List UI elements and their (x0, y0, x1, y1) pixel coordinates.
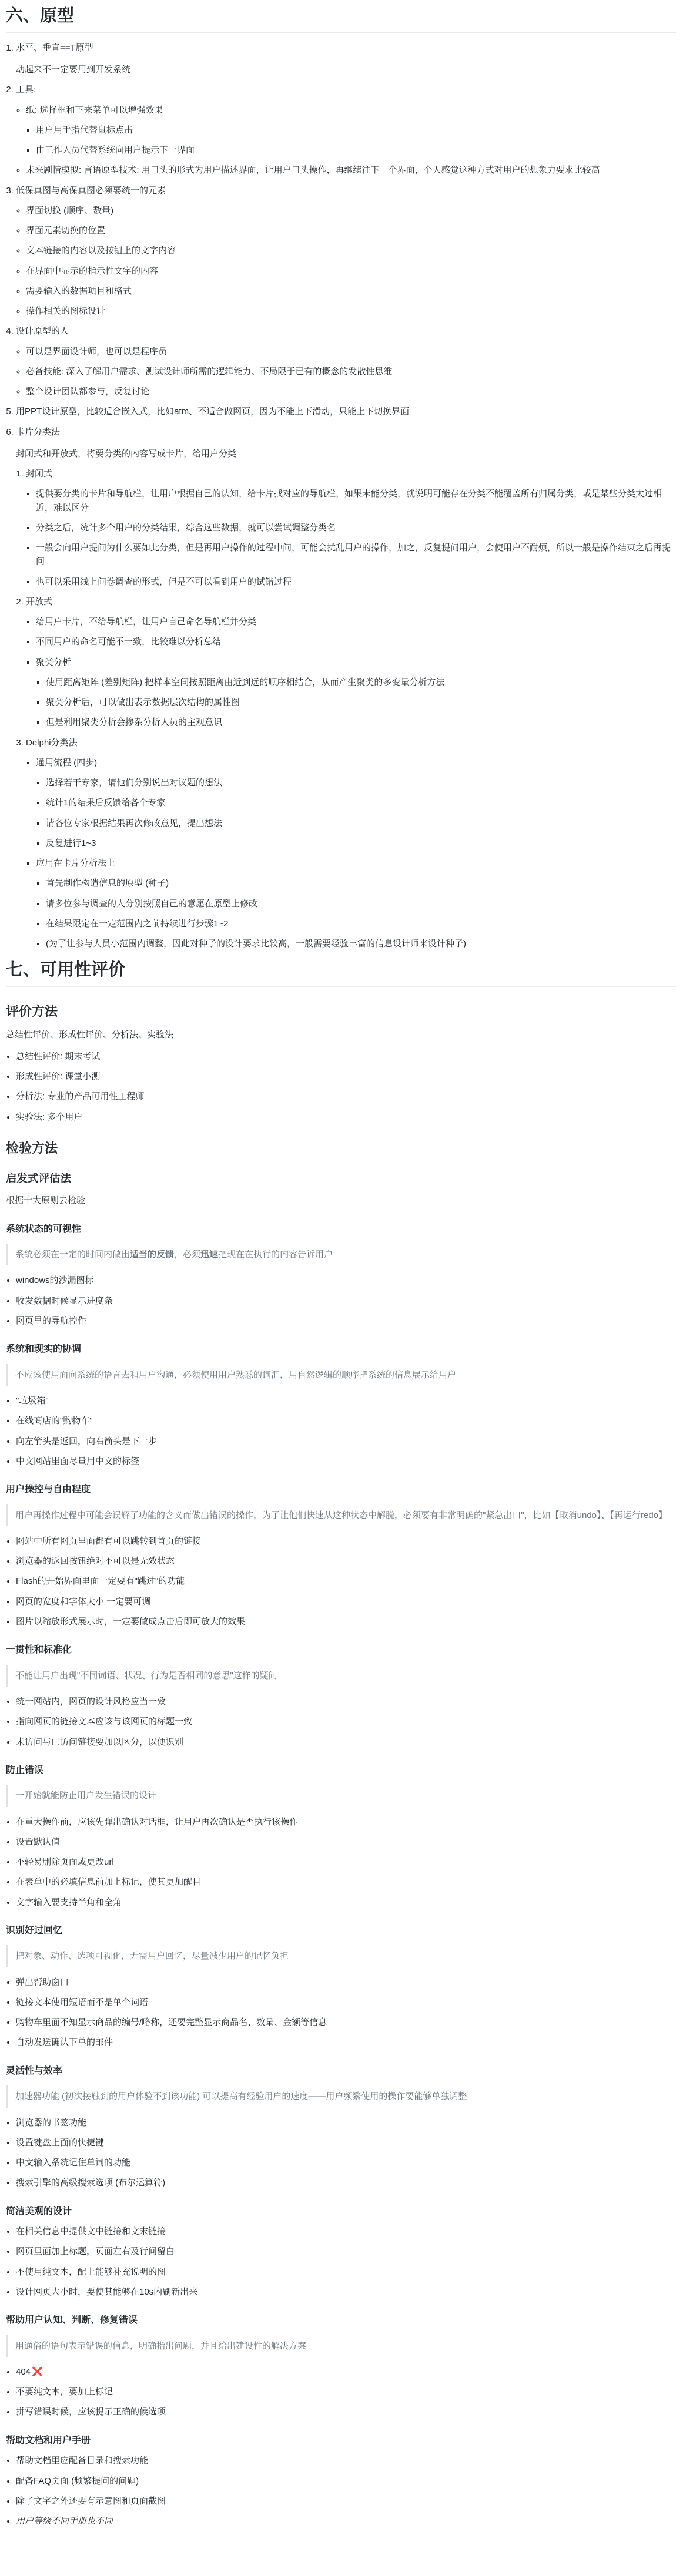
list-item: 指向网页的链接文本应该与该网页的标题一致 (16, 1715, 676, 1728)
principle-title: 灵活性与效率 (6, 2065, 676, 2078)
list-item-text: 在界面中显示的指示性文字的内容 (26, 264, 676, 278)
list-item-text: 统计1的结果后反馈给各个专家 (46, 796, 676, 810)
list-item: 卡片分类法封闭式和开放式，将要分类的内容写成卡片，给用户分类封闭式提供要分类的卡… (16, 425, 676, 951)
principle-quote-text: 用户再操作过程中可能会误解了功能的含义而做出错误的操作，为了让他们快速从这种状态… (15, 1509, 669, 1522)
principle-system-status-visibility: 系统状态的可视性 系统必须在一定的时间内做出适当的反馈，必须迅速把现在在执行的内… (6, 1223, 676, 1328)
markdown-document: 六、原型 水平、垂直==T原型动起来不一定要用到开发系统工具:纸: 选择框和下来… (0, 0, 683, 2576)
list-item-text: 网页的宽度和字体大小 一定要可调 (16, 1595, 676, 1608)
list-item-text: 在表单中的必填信息前加上标记，使其更加醒目 (16, 1875, 676, 1889)
list-item-text: 不使用纯文本，配上能够补充说明的图 (16, 2265, 676, 2279)
list-item-text: Delphi分类法 (26, 736, 676, 750)
list-item: 设计网页大小时，要使其能够在10s内刷新出来 (16, 2285, 676, 2299)
principle-title: 系统和现实的协调 (6, 1343, 676, 1356)
list-item: 开放式给用户卡片，不给导航栏，让用户自己命名导航栏并分类不同用户的命名可能不一致… (26, 595, 676, 730)
list-item: 也可以采用线上问卷调查的形式，但是不可以看到用户的试错过程 (36, 575, 676, 589)
list-item: 实验法: 多个用户 (16, 1110, 676, 1124)
section-usability-title: 七、可用性评价 (6, 960, 676, 987)
list-item: 帮助文档里应配备目录和搜索功能 (16, 2454, 676, 2467)
list-item: 总结性评价: 期末考试 (16, 1050, 676, 1063)
principle-aesthetic-minimalist-design: 简洁美观的设计 在相关信息中提供文中链接和文末链接网页里面加上标题，页面左右及行… (6, 2205, 676, 2299)
list-item-text: 配备FAQ页面 (频繁提问的问题) (16, 2474, 676, 2488)
list-item: 文本链接的内容以及按钮上的文字内容 (26, 244, 676, 257)
list-item-text: 浏览器的书签功能 (16, 2116, 676, 2130)
list-item-text: 可以是界面设计师，也可以是程序员 (26, 345, 676, 358)
list-item: 聚类分析使用距离矩阵 (差别矩阵) 把样本空间按照距离由近到远的顺序相结合，从而… (36, 656, 676, 730)
list-item: 界面切换 (顺序、数量) (26, 204, 676, 217)
list-item-text: 除了文字之外还要有示意图和页面截图 (16, 2494, 676, 2508)
section-usability-evaluation: 七、可用性评价 评价方法 总结性评价、形成性评价、分析法、实验法 总结性评价: … (6, 960, 676, 2528)
list-item-text: 不同用户的命名可能不一致，比较难以分析总结 (36, 635, 676, 649)
list-item-text: 反复进行1~3 (46, 837, 676, 850)
list-item-text: 网页里面加上标题，页面左右及行间留白 (16, 2245, 676, 2258)
list-item: 链接文本使用短语而不是单个词语 (16, 1996, 676, 2009)
list-item: 未来剧情模拟: 言语原型技术: 用口头的形式为用户描述界面，让用户口头操作，再继… (26, 163, 676, 177)
list-item-text: 在结果限定在一定范围内之前持续进行步骤1~2 (46, 917, 676, 931)
list-item-text: 低保真图与高保真图必须要统一的元素 (16, 184, 676, 197)
list-item-text: 用户等级不同手册也不同 (16, 2514, 676, 2528)
quote-bold-segment: 迅速 (200, 1250, 218, 1260)
list-item-text: 设计原型的人 (16, 324, 676, 338)
list-item-text: 需要输入的数据项目和格式 (26, 284, 676, 298)
check-methods-title: 检验方法 (6, 1140, 676, 1157)
list-item: 浏览器的书签功能 (16, 2116, 676, 2130)
list-item: "垃圾箱" (16, 1394, 676, 1408)
principle-examples: 帮助文档里应配备目录和搜索功能配备FAQ页面 (频繁提问的问题)除了文字之外还要… (6, 2454, 676, 2528)
list-item: windows的沙漏图标 (16, 1274, 676, 1287)
list-item: 设计原型的人可以是界面设计师，也可以是程序员必备技能: 深入了解用户需求、测试设… (16, 324, 676, 398)
principle-quote: 用户再操作过程中可能会误解了功能的含义而做出错误的操作，为了让他们快速从这种状态… (6, 1504, 676, 1526)
principle-examples: windows的沙漏图标收发数据时候显示进度条网页里的导航控件 (6, 1274, 676, 1328)
section-prototype-title: 六、原型 (6, 6, 676, 33)
list-item: 向左箭头是返回，向右箭头是下一步 (16, 1435, 676, 1448)
list-item: 反复进行1~3 (46, 837, 676, 850)
list-item-text: 用PPT设计原型，比较适合嵌入式，比如atm、不适合做网页，因为不能上下滑动，只… (16, 405, 676, 418)
list-item-text: 请各位专家根据结果再次修改意见，提出想法 (46, 817, 676, 830)
nested-list: 使用距离矩阵 (差别矩阵) 把样本空间按照距离由近到远的顺序相结合，从而产生聚类… (36, 676, 676, 730)
principle-title: 简洁美观的设计 (6, 2205, 676, 2218)
list-item: 收发数据时候显示进度条 (16, 1294, 676, 1308)
list-item-text: 总结性评价: 期末考试 (16, 1050, 676, 1063)
list-item: Delphi分类法通用流程 (四步)选择若干专家，请他们分别说出对议题的想法统计… (26, 736, 676, 951)
list-item: 中文输入系统记住单词的功能 (16, 2156, 676, 2169)
principle-title: 防止错误 (6, 1764, 676, 1777)
list-item: (为了让参与人员小范围内调整，因此对种子的设计要求比较高，一般需要经验丰富的信息… (46, 937, 676, 951)
list-item-text: 整个设计团队都参与，反复讨论 (26, 385, 676, 398)
list-item: 在界面中显示的指示性文字的内容 (26, 264, 676, 278)
list-item: 用户用手指代替鼠标点击 (36, 123, 676, 137)
principle-title: 系统状态的可视性 (6, 1223, 676, 1236)
nested-list: 选择若干专家，请他们分别说出对议题的想法统计1的结果后反馈给各个专家请各位专家根… (36, 776, 676, 850)
list-item-text: 404❌ (16, 2365, 676, 2379)
principle-title: 一贯性和标准化 (6, 1644, 676, 1657)
list-item: 文字输入要支持半角和全角 (16, 1896, 676, 1909)
principle-quote-text: 用通俗的语句表示错误的信息，明确指出问题，并且给出建设性的解决方案 (15, 2339, 669, 2353)
list-item-text: 帮助文档里应配备目录和搜索功能 (16, 2454, 676, 2467)
list-item-text: 文本链接的内容以及按钮上的文字内容 (26, 244, 676, 257)
principle-quote: 加速器功能 (初次接触到的用户体验不到该功能) 可以提高有经验用户的速度——用户… (6, 2085, 676, 2107)
quote-segment: 系统必须在一定的时间内做出 (15, 1250, 130, 1260)
principle-title: 用户操控与自由程度 (6, 1483, 676, 1496)
list-item: 除了文字之外还要有示意图和页面截图 (16, 2494, 676, 2508)
quote-segment: ，必须 (174, 1250, 200, 1260)
list-item: 由工作人员代替系统向用户提示下一界面 (36, 143, 676, 157)
list-item: 图片以缩放形式展示时，一定要做成点击后即可放大的效果 (16, 1615, 676, 1628)
list-item-text: 搜索引擎的高级搜索选项 (布尔运算符) (16, 2176, 676, 2189)
principle-quote: 不能让用户出现"不同词语、状况、行为是否相同的意思"这样的疑问 (6, 1665, 676, 1687)
principle-quote: 一开始就能防止用户发生错误的设计 (6, 1785, 676, 1806)
list-item-text: 形成性评价: 课堂小测 (16, 1070, 676, 1083)
nested-list: 通用流程 (四步)选择若干专家，请他们分别说出对议题的想法统计1的结果后反馈给各… (26, 756, 676, 951)
list-item-text: 统一网站内，网页的设计风格应当一致 (16, 1695, 676, 1708)
principle-quote: 系统必须在一定的时间内做出适当的反馈，必须迅速把现在在执行的内容告诉用户 (6, 1244, 676, 1265)
principle-examples: 浏览器的书签功能设置键盘上面的快捷键中文输入系统记住单词的功能搜索引擎的高级搜索… (6, 2116, 676, 2190)
list-item-text: 选择若干专家，请他们分别说出对议题的想法 (46, 776, 676, 790)
list-item-text: 图片以缩放形式展示时，一定要做成点击后即可放大的效果 (16, 1615, 676, 1628)
list-item-text: 界面切换 (顺序、数量) (26, 204, 676, 217)
list-item: 用户等级不同手册也不同 (16, 2514, 676, 2528)
list-item-text: 纸: 选择框和下来菜单可以增强效果 (26, 103, 676, 117)
list-item: 在结果限定在一定范围内之前持续进行步骤1~2 (46, 917, 676, 931)
principle-title: 帮助文档和用户手册 (6, 2434, 676, 2447)
quote-bold-segment: 适当的反馈 (130, 1250, 174, 1260)
list-item-text: 一般会向用户提问为什么要如此分类，但是再用户操作的过程中问，可能会扰乱用户的操作… (36, 541, 676, 569)
list-item: 网站中所有网页里面都有可以跳转到首页的链接 (16, 1534, 676, 1548)
list-item-text: 请多位参与调查的人分别按照自己的意愿在原型上修改 (46, 897, 676, 911)
list-item: 搜索引擎的高级搜索选项 (布尔运算符) (16, 2176, 676, 2189)
list-item: Flash的开始界面里面一定要有"跳过"的功能 (16, 1574, 676, 1588)
principle-quote-text: 加速器功能 (初次接触到的用户体验不到该功能) 可以提高有经验用户的速度——用户… (15, 2090, 669, 2103)
list-item: 界面元素切换的位置 (26, 224, 676, 237)
principle-flexibility-efficiency: 灵活性与效率 加速器功能 (初次接触到的用户体验不到该功能) 可以提高有经验用户… (6, 2065, 676, 2190)
list-item-text: 界面元素切换的位置 (26, 224, 676, 237)
evaluation-methods-summary: 总结性评价、形成性评价、分析法、实验法 (6, 1028, 676, 1042)
principle-quote: 用通俗的语句表示错误的信息，明确指出问题，并且给出建设性的解决方案 (6, 2335, 676, 2357)
list-item: 拼写错误时候，应该提示正确的候选项 (16, 2405, 676, 2419)
list-item: 网页里面加上标题，页面左右及行间留白 (16, 2245, 676, 2258)
principle-quote: 不应该使用面向系统的语言去和用户沟通，必须使用用户熟悉的词汇，用自然逻辑的顺序把… (6, 1364, 676, 1386)
list-item-text: 聚类分析 (36, 656, 676, 669)
evaluation-methods-list: 总结性评价: 期末考试形成性评价: 课堂小测分析法: 专业的产品可用性工程师实验… (6, 1050, 676, 1124)
list-item-text: windows的沙漏图标 (16, 1274, 676, 1287)
list-item-text: 收发数据时候显示进度条 (16, 1294, 676, 1308)
list-item-text: 实验法: 多个用户 (16, 1110, 676, 1124)
list-item: 分析法: 专业的产品可用性工程师 (16, 1090, 676, 1103)
evaluation-methods-title: 评价方法 (6, 1003, 676, 1020)
list-item-text: 应用在卡片分析法上 (36, 857, 676, 870)
list-item: 404❌ (16, 2365, 676, 2379)
list-item-text: 设计网页大小时，要使其能够在10s内刷新出来 (16, 2285, 676, 2299)
list-item-note: 动起来不一定要用到开发系统 (16, 63, 676, 76)
list-item-text: 不要纯文本，要加上标记 (16, 2385, 676, 2399)
list-item: 弹出帮助窗口 (16, 1976, 676, 1989)
list-item-text: 文字输入要支持半角和全角 (16, 1896, 676, 1909)
list-item: 选择若干专家，请他们分别说出对议题的想法 (46, 776, 676, 790)
list-item-text: 拼写错误时候，应该提示正确的候选项 (16, 2405, 676, 2419)
principle-help-documentation: 帮助文档和用户手册 帮助文档里应配备目录和搜索功能配备FAQ页面 (频繁提问的问… (6, 2434, 676, 2528)
list-item-text: 网页里的导航控件 (16, 1314, 676, 1328)
list-item-text: Flash的开始界面里面一定要有"跳过"的功能 (16, 1574, 676, 1588)
list-item: 中文网站里面尽量用中文的标签 (16, 1455, 676, 1468)
list-item: 首先制作构造信息的原型 (种子) (46, 876, 676, 890)
list-item-text: 未来剧情模拟: 言语原型技术: 用口头的形式为用户描述界面，让用户口头操作，再继… (26, 163, 676, 177)
nested-list: 给用户卡片，不给导航栏，让用户自己命名导航栏并分类不同用户的命名可能不一致，比较… (26, 615, 676, 730)
quote-segment: 把现在在执行的内容告诉用户 (218, 1250, 333, 1260)
heuristic-evaluation-intro: 根据十大原则去检验 (6, 1194, 676, 1207)
list-item-text: 自动发送确认下单的邮件 (16, 2036, 676, 2049)
list-item-text: 也可以采用线上问卷调查的形式，但是不可以看到用户的试错过程 (36, 575, 676, 589)
list-item-text: 弹出帮助窗口 (16, 1976, 676, 1989)
list-item-text: 分析法: 专业的产品可用性工程师 (16, 1090, 676, 1103)
list-item: 设置键盘上面的快捷键 (16, 2136, 676, 2150)
list-item-text: 在重大操作前，应该先弹出确认对话框，让用户再次确认是否执行该操作 (16, 1815, 676, 1829)
section-prototype: 六、原型 水平、垂直==T原型动起来不一定要用到开发系统工具:纸: 选择框和下来… (6, 6, 676, 951)
principle-consistency-standards: 一贯性和标准化 不能让用户出现"不同词语、状况、行为是否相同的意思"这样的疑问 … (6, 1644, 676, 1749)
list-item-text: 浏览器的返回按钮绝对不可以是无效状态 (16, 1554, 676, 1568)
principle-system-real-world-match: 系统和现实的协调 不应该使用面向系统的语言去和用户沟通，必须使用用户熟悉的词汇，… (6, 1343, 676, 1468)
nested-list: 界面切换 (顺序、数量)界面元素切换的位置文本链接的内容以及按钮上的文字内容在界… (16, 204, 676, 318)
list-item: 需要输入的数据项目和格式 (26, 284, 676, 298)
list-item: 请各位专家根据结果再次修改意见，提出想法 (46, 817, 676, 830)
nested-list: 封闭式提供要分类的卡片和导航栏，让用户根据自己的认知，给卡片找对应的导航栏，如果… (16, 467, 676, 951)
list-item: 给用户卡片，不给导航栏，让用户自己命名导航栏并分类 (36, 615, 676, 629)
principle-quote-text: 把对象、动作、选项可视化，无需用户回忆，尽量减少用户的记忆负担 (15, 1949, 669, 1963)
principle-error-prevention: 防止错误 一开始就能防止用户发生错误的设计 在重大操作前，应该先弹出确认对话框，… (6, 1764, 676, 1909)
principle-examples: 在重大操作前，应该先弹出确认对话框，让用户再次确认是否执行该操作设置默认值不轻易… (6, 1815, 676, 1909)
list-item-text: 用户用手指代替鼠标点击 (36, 123, 676, 137)
list-item: 请多位参与调查的人分别按照自己的意愿在原型上修改 (46, 897, 676, 911)
principle-user-control-freedom: 用户操控与自由程度 用户再操作过程中可能会误解了功能的含义而做出错误的操作，为了… (6, 1483, 676, 1628)
list-item: 但是利用聚类分析会掺杂分析人员的主观意识 (46, 716, 676, 729)
list-item: 统计1的结果后反馈给各个专家 (46, 796, 676, 810)
principle-help-users-recognize-errors: 帮助用户认知、判断、修复错误 用通俗的语句表示错误的信息，明确指出问题，并且给出… (6, 2314, 676, 2419)
list-item-text: 通用流程 (四步) (36, 756, 676, 770)
list-item-text: 卡片分类法 (16, 425, 676, 439)
list-item: 聚类分析后，可以做出表示数据层次结构的属性图 (46, 696, 676, 709)
principle-quote-text: 系统必须在一定的时间内做出适当的反馈，必须迅速把现在在执行的内容告诉用户 (15, 1248, 669, 1261)
principle-examples: 404❌不要纯文本，要加上标记拼写错误时候，应该提示正确的候选项 (6, 2365, 676, 2419)
list-item: 用PPT设计原型，比较适合嵌入式，比如atm、不适合做网页，因为不能上下滑动，只… (16, 405, 676, 418)
principle-quote-text: 不应该使用面向系统的语言去和用户沟通，必须使用用户熟悉的词汇，用自然逻辑的顺序把… (15, 1368, 669, 1382)
prototype-list: 水平、垂直==T原型动起来不一定要用到开发系统工具:纸: 选择框和下来菜单可以增… (6, 41, 676, 951)
list-item-text: 提供要分类的卡片和导航栏，让用户根据自己的认知，给卡片找对应的导航栏，如果未能分… (36, 487, 676, 515)
list-item: 操作相关的图标设计 (26, 304, 676, 318)
list-item-text: 但是利用聚类分析会掺杂分析人员的主观意识 (46, 716, 676, 729)
list-item-text: 网站中所有网页里面都有可以跳转到首页的链接 (16, 1534, 676, 1548)
list-item-text: 必备技能: 深入了解用户需求、测试设计师所需的逻辑能力、不局限于已有的概念的发散… (26, 365, 676, 378)
list-item: 提供要分类的卡片和导航栏，让用户根据自己的认知，给卡片找对应的导航栏，如果未能分… (36, 487, 676, 515)
list-item: 自动发送确认下单的邮件 (16, 2036, 676, 2049)
list-item: 纸: 选择框和下来菜单可以增强效果用户用手指代替鼠标点击由工作人员代替系统向用户… (26, 103, 676, 157)
list-item: 应用在卡片分析法上首先制作构造信息的原型 (种子)请多位参与调查的人分别按照自己… (36, 857, 676, 951)
list-item: 通用流程 (四步)选择若干专家，请他们分别说出对议题的想法统计1的结果后反馈给各… (36, 756, 676, 850)
list-item-text: 由工作人员代替系统向用户提示下一界面 (36, 143, 676, 157)
list-item: 不要纯文本，要加上标记 (16, 2385, 676, 2399)
principle-examples: "垃圾箱"在线商店的"购物车"向左箭头是返回，向右箭头是下一步中文网站里面尽量用… (6, 1394, 676, 1468)
list-item: 设置默认值 (16, 1835, 676, 1849)
list-item-text: 中文输入系统记住单词的功能 (16, 2156, 676, 2169)
list-item-text: 使用距离矩阵 (差别矩阵) 把样本空间按照距离由近到远的顺序相结合，从而产生聚类… (46, 676, 676, 689)
list-item: 网页里的导航控件 (16, 1314, 676, 1328)
list-item: 工具:纸: 选择框和下来菜单可以增强效果用户用手指代替鼠标点击由工作人员代替系统… (16, 83, 676, 177)
list-item-text: 指向网页的链接文本应该与该网页的标题一致 (16, 1715, 676, 1728)
principle-title: 帮助用户认知、判断、修复错误 (6, 2314, 676, 2327)
list-item-text: 中文网站里面尽量用中文的标签 (16, 1455, 676, 1468)
list-item: 低保真图与高保真图必须要统一的元素界面切换 (顺序、数量)界面元素切换的位置文本… (16, 184, 676, 318)
list-item-text: 给用户卡片，不给导航栏，让用户自己命名导航栏并分类 (36, 615, 676, 629)
list-item-text: 链接文本使用短语而不是单个词语 (16, 1996, 676, 2009)
error-cross-icon: ❌ (32, 2367, 43, 2377)
list-item: 使用距离矩阵 (差别矩阵) 把样本空间按照距离由近到远的顺序相结合，从而产生聚类… (46, 676, 676, 689)
list-item: 在表单中的必填信息前加上标记，使其更加醒目 (16, 1875, 676, 1889)
principle-examples: 在相关信息中提供文中链接和文末链接网页里面加上标题，页面左右及行间留白不使用纯文… (6, 2225, 676, 2299)
list-item: 水平、垂直==T原型动起来不一定要用到开发系统 (16, 41, 676, 77)
list-item: 可以是界面设计师，也可以是程序员 (26, 345, 676, 358)
list-item-text: 设置键盘上面的快捷键 (16, 2136, 676, 2150)
list-item-text: 未访问与已访问链接要加以区分，以便识别 (16, 1735, 676, 1749)
list-item-text: 封闭式 (26, 467, 676, 481)
nested-list: 可以是界面设计师，也可以是程序员必备技能: 深入了解用户需求、测试设计师所需的逻… (16, 345, 676, 399)
nested-list: 纸: 选择框和下来菜单可以增强效果用户用手指代替鼠标点击由工作人员代替系统向用户… (16, 103, 676, 177)
list-item-text: 聚类分析后，可以做出表示数据层次结构的属性图 (46, 696, 676, 709)
list-item-text: 分类之后，统计多个用户的分类结果，综合这些数据，就可以尝试调整分类名 (36, 521, 676, 535)
nested-list: 用户用手指代替鼠标点击由工作人员代替系统向用户提示下一界面 (26, 123, 676, 157)
principle-quote-text: 不能让用户出现"不同词语、状况、行为是否相同的意思"这样的疑问 (15, 1669, 669, 1682)
principle-title: 识别好过回忆 (6, 1925, 676, 1937)
list-item: 必备技能: 深入了解用户需求、测试设计师所需的逻辑能力、不局限于已有的概念的发散… (26, 365, 676, 378)
list-item: 浏览器的返回按钮绝对不可以是无效状态 (16, 1554, 676, 1568)
list-item: 统一网站内，网页的设计风格应当一致 (16, 1695, 676, 1708)
list-item: 不同用户的命名可能不一致，比较难以分析总结 (36, 635, 676, 649)
list-item: 不使用纯文本，配上能够补充说明的图 (16, 2265, 676, 2279)
list-item: 一般会向用户提问为什么要如此分类，但是再用户操作的过程中问，可能会扰乱用户的操作… (36, 541, 676, 569)
list-item-text: 水平、垂直==T原型 (16, 41, 676, 55)
principle-quote: 把对象、动作、选项可视化，无需用户回忆，尽量减少用户的记忆负担 (6, 1945, 676, 1967)
list-item: 在相关信息中提供文中链接和文末链接 (16, 2225, 676, 2238)
list-item-text: 开放式 (26, 595, 676, 609)
list-item: 在线商店的"购物车" (16, 1414, 676, 1428)
list-item-text: (为了让参与人员小范围内调整，因此对种子的设计要求比较高，一般需要经验丰富的信息… (46, 937, 676, 951)
principle-examples: 弹出帮助窗口链接文本使用短语而不是单个词语购物车里面不知显示商品的编号/略称，还… (6, 1976, 676, 2050)
list-item: 网页的宽度和字体大小 一定要可调 (16, 1595, 676, 1608)
principle-recognition-over-recall: 识别好过回忆 把对象、动作、选项可视化，无需用户回忆，尽量减少用户的记忆负担 弹… (6, 1925, 676, 2050)
list-item: 不轻易删除页面或更改url (16, 1855, 676, 1869)
heuristic-evaluation-title: 启发式评估法 (6, 1171, 676, 1185)
list-item-text: 设置默认值 (16, 1835, 676, 1849)
list-item: 在重大操作前，应该先弹出确认对话框，让用户再次确认是否执行该操作 (16, 1815, 676, 1829)
list-item-text: 不轻易删除页面或更改url (16, 1855, 676, 1869)
list-item: 购物车里面不知显示商品的编号/略称，还要完整显示商品名、数量、金额等信息 (16, 2016, 676, 2029)
list-item-note: 封闭式和开放式，将要分类的内容写成卡片，给用户分类 (16, 447, 676, 461)
list-item-text: 向左箭头是返回，向右箭头是下一步 (16, 1435, 676, 1448)
principle-examples: 统一网站内，网页的设计风格应当一致指向网页的链接文本应该与该网页的标题一致未访问… (6, 1695, 676, 1749)
list-item-text: 在相关信息中提供文中链接和文末链接 (16, 2225, 676, 2238)
nested-list: 提供要分类的卡片和导航栏，让用户根据自己的认知，给卡片找对应的导航栏，如果未能分… (26, 487, 676, 589)
list-item: 封闭式提供要分类的卡片和导航栏，让用户根据自己的认知，给卡片找对应的导航栏，如果… (26, 467, 676, 589)
list-item-text: 操作相关的图标设计 (26, 304, 676, 318)
list-item-text: 购物车里面不知显示商品的编号/略称，还要完整显示商品名、数量、金额等信息 (16, 2016, 676, 2029)
principle-quote-text: 一开始就能防止用户发生错误的设计 (15, 1789, 669, 1802)
list-item-text: "垃圾箱" (16, 1394, 676, 1408)
list-item: 配备FAQ页面 (频繁提问的问题) (16, 2474, 676, 2488)
principle-examples: 网站中所有网页里面都有可以跳转到首页的链接浏览器的返回按钮绝对不可以是无效状态F… (6, 1534, 676, 1628)
list-item-text: 工具: (16, 83, 676, 96)
list-item-text: 首先制作构造信息的原型 (种子) (46, 876, 676, 890)
list-item: 形成性评价: 课堂小测 (16, 1070, 676, 1083)
list-item: 未访问与已访问链接要加以区分，以便识别 (16, 1735, 676, 1749)
list-item: 整个设计团队都参与，反复讨论 (26, 385, 676, 398)
nested-list: 首先制作构造信息的原型 (种子)请多位参与调查的人分别按照自己的意愿在原型上修改… (36, 876, 676, 951)
list-item: 分类之后，统计多个用户的分类结果，综合这些数据，就可以尝试调整分类名 (36, 521, 676, 535)
list-item-text: 在线商店的"购物车" (16, 1414, 676, 1428)
